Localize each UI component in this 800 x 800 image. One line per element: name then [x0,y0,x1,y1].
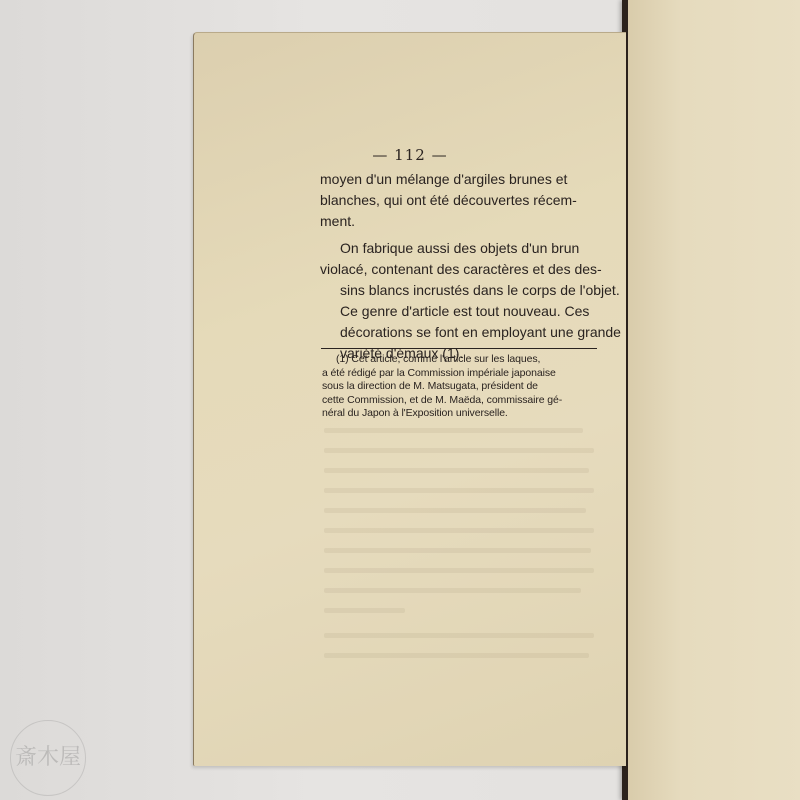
text-line: Ce genre d'article est tout nouveau. Ces [320,301,597,322]
footnote-divider [321,348,597,349]
show-through-text [324,428,594,673]
body-text: moyen d'un mélange d'argiles brunes et b… [320,169,597,364]
text-line: ment. [320,211,597,232]
footnote-line: sous la direction de M. Matsugata, prési… [322,380,598,394]
footnote-line: (1) Cet article, comme l'article sur les… [322,353,598,367]
page-number: — 112 — [194,146,626,164]
text-line: décorations se font en employant une gra… [320,322,597,343]
text-line: On fabrique aussi des objets d'un brun [320,238,597,259]
paragraph-1: moyen d'un mélange d'argiles brunes et b… [320,169,597,232]
text-line: violacé, contenant des caractères et des… [320,259,597,280]
book-page: — 112 — moyen d'un mélange d'argiles bru… [193,32,626,766]
adjacent-book-cover [622,0,800,800]
footnote: (1) Cet article, comme l'article sur les… [322,353,598,421]
watermark-glyphs: 斎木屋 [15,746,81,770]
text-line: blanches, qui ont été découvertes récem- [320,190,597,211]
footnote-line: cette Commission, et de M. Maëda, commis… [322,394,598,408]
footnote-line: a été rédigé par la Commission impériale… [322,367,598,381]
text-line: sins blancs incrustés dans le corps de l… [320,280,597,301]
paragraph-2: On fabrique aussi des objets d'un brun v… [320,238,597,364]
footnote-line: néral du Japon à l'Exposition universell… [322,407,598,421]
seal-stamp-icon: 斎木屋 [10,720,86,796]
text-line: moyen d'un mélange d'argiles brunes et [320,169,597,190]
